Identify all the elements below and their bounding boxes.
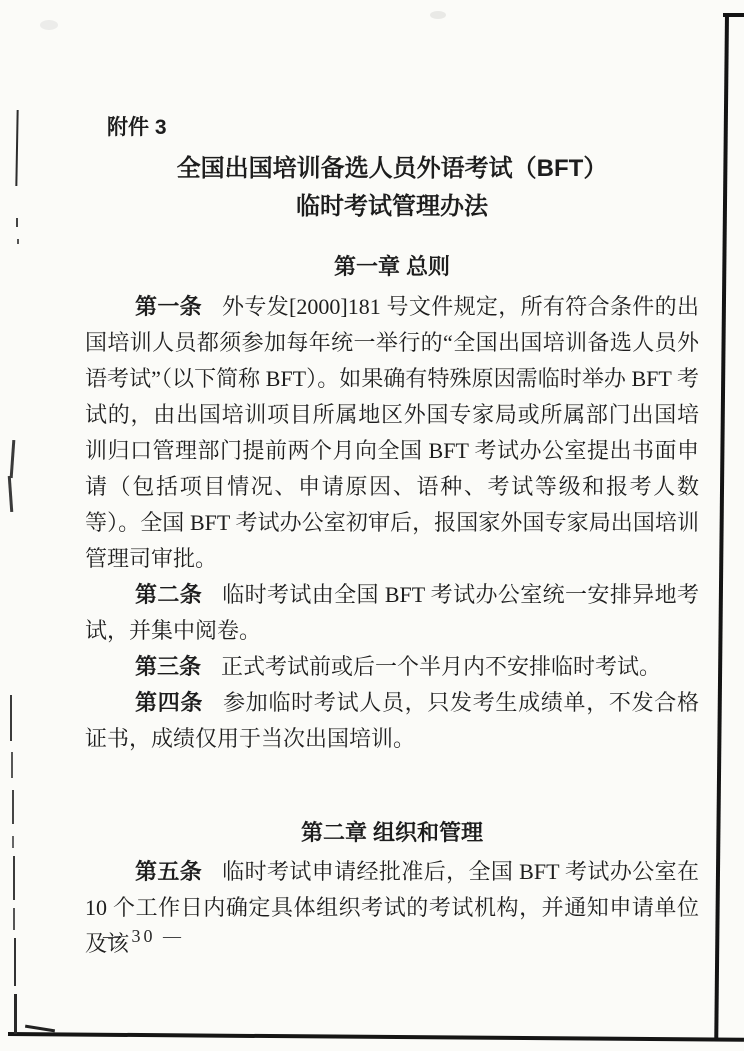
article-2: 第二条临时考试由全国 BFT 考试办公室统一安排异地考试，并集中阅卷。 — [85, 577, 699, 649]
scan-left-margin-mark-1 — [15, 110, 18, 186]
scan-left-margin-mark-12 — [14, 938, 16, 986]
scan-left-margin-mark-9 — [12, 836, 14, 848]
article-3-text: 正式考试前或后一个半月内不安排临时考试。 — [221, 654, 661, 679]
scan-left-margin-mark-8 — [12, 790, 14, 824]
scan-right-border-line — [714, 13, 728, 1038]
page-number: — 30 — — [103, 926, 184, 946]
scan-left-margin-mark-11 — [13, 908, 15, 930]
scan-left-margin-mark-3 — [17, 239, 19, 244]
scan-left-margin-mark-2 — [16, 218, 18, 227]
article-4: 第四条参加临时考试人员，只发考生成绩单，不发合格证书，成绩仅用于当次出国培训。 — [85, 685, 699, 757]
document-body: 附件 3 全国出国培训备选人员外语考试（BFT） 临时考试管理办法 第一章 总则… — [85, 0, 699, 962]
article-1-label: 第一条 — [135, 294, 202, 319]
chapter-2-heading: 第二章 组织和管理 — [85, 819, 699, 847]
document-title-line-2: 临时考试管理办法 — [85, 188, 699, 226]
scan-left-margin-mark-6 — [10, 695, 12, 741]
scan-left-margin-mark-7 — [11, 752, 13, 778]
document-title: 全国出国培训备选人员外语考试（BFT） 临时考试管理办法 — [85, 150, 699, 226]
article-1: 第一条外专发[2000]181 号文件规定，所有符合条件的出国培训人员都须参加每… — [85, 289, 699, 577]
scan-smudge-1 — [40, 20, 58, 30]
scan-smudge-2 — [430, 11, 446, 19]
chapter-1-heading: 第一章 总则 — [85, 253, 699, 281]
scan-left-margin-mark-5 — [8, 476, 13, 512]
scan-right-border-hook — [723, 13, 744, 17]
scan-left-margin-mark-4 — [10, 440, 15, 478]
scan-bottom-border-line — [8, 1032, 744, 1041]
scan-left-margin-mark-10 — [13, 856, 15, 900]
article-2-label: 第二条 — [135, 582, 202, 607]
scanned-document-page: 附件 3 全国出国培训备选人员外语考试（BFT） 临时考试管理办法 第一章 总则… — [0, 0, 744, 1051]
document-title-line-1: 全国出国培训备选人员外语考试（BFT） — [85, 150, 699, 188]
article-3: 第三条正式考试前或后一个半月内不安排临时考试。 — [85, 649, 699, 685]
article-3-label: 第三条 — [135, 654, 201, 679]
article-5-label: 第五条 — [135, 859, 202, 884]
article-1-text: 外专发[2000]181 号文件规定，所有符合条件的出国培训人员都须参加每年统一… — [85, 294, 699, 571]
attachment-label: 附件 3 — [107, 115, 699, 141]
scan-left-margin-mark-13 — [14, 994, 17, 1034]
article-4-label: 第四条 — [135, 690, 203, 715]
